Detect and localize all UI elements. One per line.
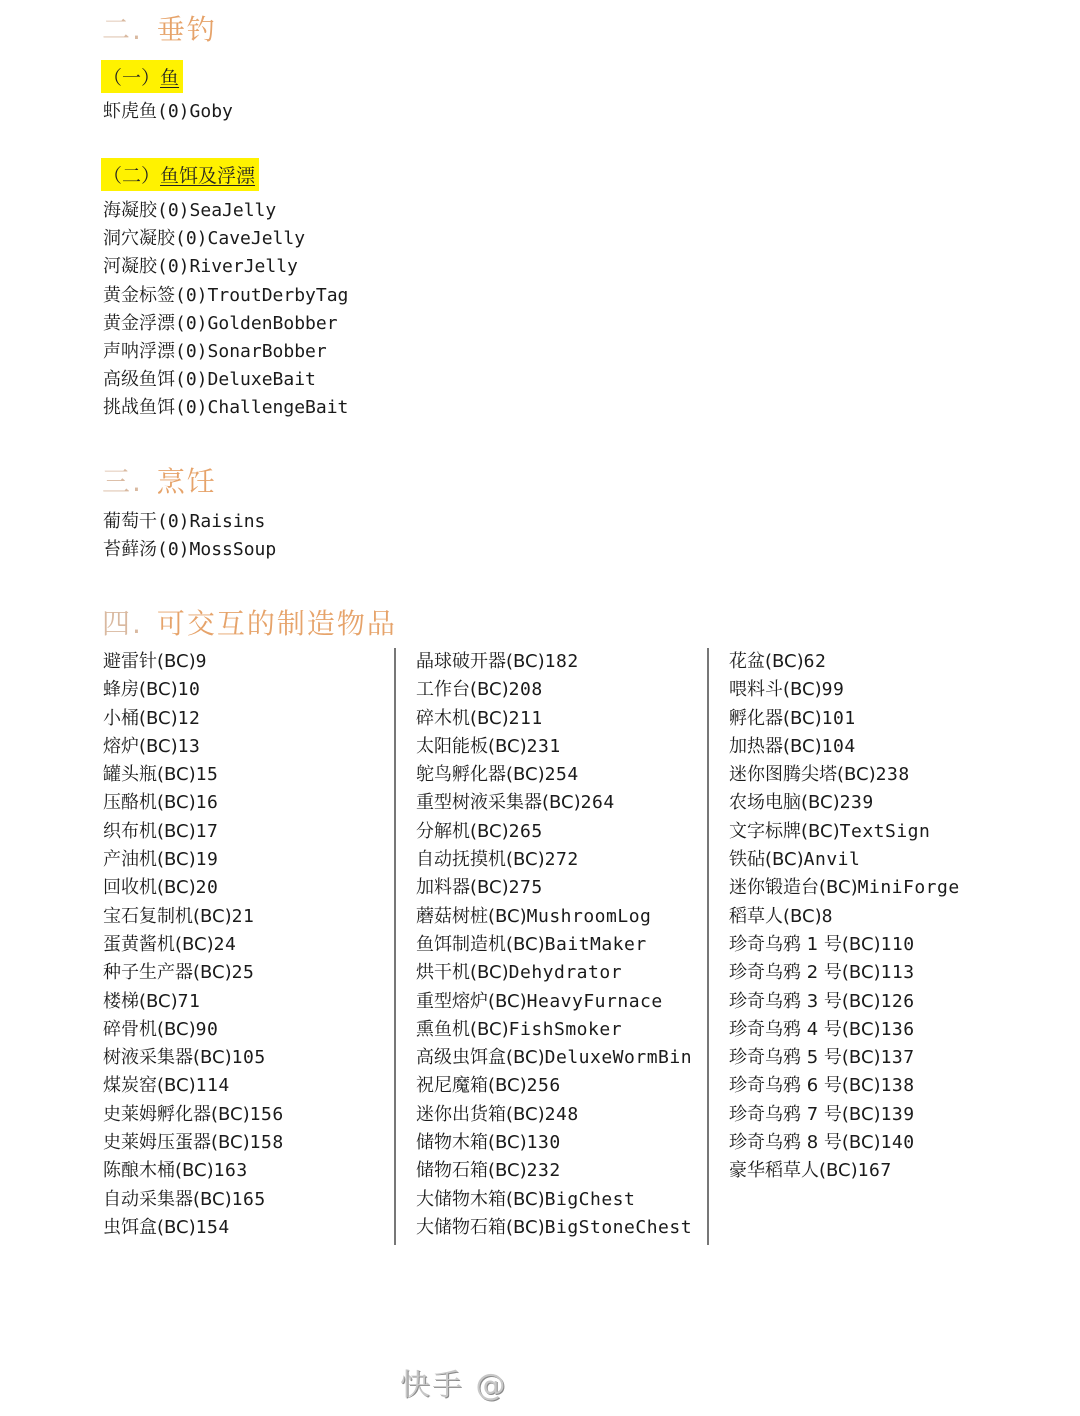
item-chinese-name: 珍奇乌鸦 4 号 (729, 1019, 842, 1040)
list-item: 铁砧(BC)Anvil (729, 846, 960, 874)
item-chinese-name: 熔炉 (103, 736, 139, 757)
list-item: 重型树液采集器(BC)264 (416, 789, 692, 817)
item-category-code: (BC) (157, 1019, 196, 1040)
list-item: 喂料斗(BC)99 (729, 676, 960, 704)
section-number: 四. (102, 607, 143, 640)
list-item: 储物木箱(BC)130 (416, 1129, 692, 1157)
item-category-code: (0) (157, 256, 190, 277)
item-category-code: (BC) (506, 1217, 545, 1238)
item-chinese-name: 高级虫饵盒 (416, 1047, 506, 1068)
list-item: 迷你出货箱(BC)248 (416, 1101, 692, 1129)
item-id: 158 (250, 1132, 284, 1153)
item-id: 256 (527, 1075, 561, 1096)
item-id: 10 (178, 679, 201, 700)
item-id: Dehydrator (509, 962, 622, 983)
item-category-code: (BC) (765, 849, 804, 870)
item-id: 110 (881, 934, 915, 955)
item-category-code: (0) (175, 285, 208, 306)
item-id: 231 (527, 736, 561, 757)
item-id: 238 (876, 764, 910, 785)
item-id: DeluxeBait (208, 369, 316, 390)
list-item: 苔藓汤(0)MossSoup (103, 536, 276, 564)
item-chinese-name: 稻草人 (729, 906, 783, 927)
item-chinese-name: 楼梯 (103, 991, 139, 1012)
item-id: 20 (196, 877, 219, 898)
list-item: 自动抚摸机(BC)272 (416, 846, 692, 874)
item-chinese-name: 史莱姆压蛋器 (103, 1132, 211, 1153)
item-chinese-name: 豪华稻草人 (729, 1160, 819, 1181)
item-chinese-name: 农场电脑 (729, 792, 801, 813)
item-category-code: (BC) (139, 991, 178, 1012)
item-id: 165 (232, 1189, 266, 1210)
item-id: 104 (822, 736, 856, 757)
item-id: 99 (822, 679, 845, 700)
item-category-code: (BC) (506, 651, 545, 672)
item-category-code: (BC) (783, 708, 822, 729)
item-chinese-name: 黄金标签 (103, 285, 175, 306)
item-chinese-name: 碎木机 (416, 708, 470, 729)
list-item: 孵化器(BC)101 (729, 705, 960, 733)
item-id: MushroomLog (527, 906, 652, 927)
item-chinese-name: 小桶 (103, 708, 139, 729)
item-category-code: (BC) (488, 1132, 527, 1153)
item-chinese-name: 大储物木箱 (416, 1189, 506, 1210)
item-id: RiverJelly (190, 256, 298, 277)
item-category-code: (BC) (211, 1132, 250, 1153)
item-category-code: (BC) (157, 1217, 196, 1238)
bait-list: 海凝胶(0)SeaJelly洞穴凝胶(0)CaveJelly河凝胶(0)Rive… (103, 197, 348, 423)
item-category-code: (0) (175, 341, 208, 362)
item-chinese-name: 自动抚摸机 (416, 849, 506, 870)
item-category-code: (BC) (842, 991, 881, 1012)
item-category-code: (BC) (157, 651, 196, 672)
item-id: TextSign (840, 821, 931, 842)
item-category-code: (BC) (470, 708, 509, 729)
item-category-code: (0) (175, 313, 208, 334)
item-id: 19 (196, 849, 219, 870)
item-chinese-name: 文字标牌 (729, 821, 801, 842)
item-chinese-name: 回收机 (103, 877, 157, 898)
section-heading-crafted-items: 四.可交互的制造物品 (102, 602, 397, 642)
item-chinese-name: 河凝胶 (103, 256, 157, 277)
subheading-bait: （二）鱼饵及浮漂 (101, 158, 259, 191)
item-category-code: (BC) (783, 736, 822, 757)
item-category-code: (0) (157, 511, 190, 532)
item-chinese-name: 虫饵盒 (103, 1217, 157, 1238)
list-item: 大储物石箱(BC)BigStoneChest (416, 1214, 692, 1242)
item-chinese-name: 洞穴凝胶 (103, 228, 175, 249)
item-id: 137 (881, 1047, 915, 1068)
list-item: 种子生产器(BC)25 (103, 959, 284, 987)
item-id: SonarBobber (208, 341, 327, 362)
item-id: ChallengeBait (208, 397, 349, 418)
column-divider (707, 648, 709, 1245)
crafted-column-2: 晶球破开器(BC)182工作台(BC)208碎木机(BC)211太阳能板(BC)… (416, 648, 692, 1242)
item-id: 25 (232, 962, 255, 983)
item-category-code: (BC) (488, 1075, 527, 1096)
list-item: 楼梯(BC)71 (103, 988, 284, 1016)
item-id: BigChest (545, 1189, 636, 1210)
item-id: 101 (822, 708, 856, 729)
item-chinese-name: 工作台 (416, 679, 470, 700)
item-id: 248 (545, 1104, 579, 1125)
item-category-code: (BC) (506, 849, 545, 870)
item-category-code: (BC) (193, 1189, 232, 1210)
item-category-code: (BC) (783, 679, 822, 700)
item-chinese-name: 史莱姆孵化器 (103, 1104, 211, 1125)
section-number: 三. (102, 465, 143, 498)
section-heading-cooking: 三.烹饪 (102, 460, 217, 500)
cooking-list: 葡萄干(0)Raisins苔藓汤(0)MossSoup (103, 508, 276, 564)
list-item: 烘干机(BC)Dehydrator (416, 959, 692, 987)
item-id: DeluxeWormBin (545, 1047, 692, 1068)
item-id: 8 (822, 906, 833, 927)
item-category-code: (BC) (819, 877, 858, 898)
list-item: 珍奇乌鸦 6 号(BC)138 (729, 1072, 960, 1100)
list-item: 珍奇乌鸦 8 号(BC)140 (729, 1129, 960, 1157)
item-chinese-name: 罐头瓶 (103, 764, 157, 785)
list-item: 避雷针(BC)9 (103, 648, 284, 676)
list-item: 葡萄干(0)Raisins (103, 508, 276, 536)
list-item: 小桶(BC)12 (103, 705, 284, 733)
item-chinese-name: 陈酿木桶 (103, 1160, 175, 1181)
item-chinese-name: 铁砧 (729, 849, 765, 870)
item-category-code: (BC) (157, 877, 196, 898)
item-category-code: (BC) (842, 934, 881, 955)
list-item: 罐头瓶(BC)15 (103, 761, 284, 789)
item-id: 239 (840, 792, 874, 813)
item-chinese-name: 宝石复制机 (103, 906, 193, 927)
item-id: 265 (509, 821, 543, 842)
item-category-code: (BC) (488, 736, 527, 757)
item-id: 114 (196, 1075, 230, 1096)
item-chinese-name: 树液采集器 (103, 1047, 193, 1068)
item-id: 13 (178, 736, 201, 757)
item-chinese-name: 蘑菇树桩 (416, 906, 488, 927)
item-id: TroutDerbyTag (208, 285, 349, 306)
item-chinese-name: 苔藓汤 (103, 539, 157, 560)
item-category-code: (BC) (783, 906, 822, 927)
item-id: 254 (545, 764, 579, 785)
item-category-code: (BC) (157, 792, 196, 813)
item-id: 138 (881, 1075, 915, 1096)
item-chinese-name: 珍奇乌鸦 1 号 (729, 934, 842, 955)
item-chinese-name: 迷你出货箱 (416, 1104, 506, 1125)
list-item: 蛋黄酱机(BC)24 (103, 931, 284, 959)
list-item: 加热器(BC)104 (729, 733, 960, 761)
list-item: 洞穴凝胶(0)CaveJelly (103, 225, 348, 253)
item-category-code: (BC) (842, 1075, 881, 1096)
item-id: 154 (196, 1217, 230, 1238)
list-item: 史莱姆压蛋器(BC)158 (103, 1129, 284, 1157)
item-category-code: (BC) (842, 1132, 881, 1153)
list-item: 文字标牌(BC)TextSign (729, 818, 960, 846)
item-id: 275 (509, 877, 543, 898)
list-item: 蜂房(BC)10 (103, 676, 284, 704)
subheading-title: 鱼饵及浮漂 (160, 165, 255, 187)
column-divider (394, 648, 396, 1245)
item-id: SeaJelly (190, 200, 277, 221)
item-id: 272 (545, 849, 579, 870)
item-chinese-name: 声呐浮漂 (103, 341, 175, 362)
item-category-code: (0) (157, 101, 190, 122)
list-item: 煤炭窑(BC)114 (103, 1072, 284, 1100)
list-item: 高级鱼饵(0)DeluxeBait (103, 366, 348, 394)
item-chinese-name: 太阳能板 (416, 736, 488, 757)
list-item: 珍奇乌鸦 4 号(BC)136 (729, 1016, 960, 1044)
item-id: 15 (196, 764, 219, 785)
item-category-code: (BC) (542, 792, 581, 813)
list-item: 迷你图腾尖塔(BC)238 (729, 761, 960, 789)
list-item: 大储物木箱(BC)BigChest (416, 1186, 692, 1214)
list-item: 珍奇乌鸦 7 号(BC)139 (729, 1101, 960, 1129)
item-chinese-name: 高级鱼饵 (103, 369, 175, 390)
item-category-code: (BC) (470, 821, 509, 842)
item-category-code: (0) (175, 228, 208, 249)
item-id: 211 (509, 708, 543, 729)
item-id: 208 (509, 679, 543, 700)
item-chinese-name: 重型熔炉 (416, 991, 488, 1012)
item-chinese-name: 蛋黄酱机 (103, 934, 175, 955)
item-id: HeavyFurnace (527, 991, 663, 1012)
item-category-code: (BC) (139, 679, 178, 700)
list-item: 宝石复制机(BC)21 (103, 903, 284, 931)
item-category-code: (BC) (470, 679, 509, 700)
item-id: 62 (804, 651, 827, 672)
item-id: MiniForge (858, 877, 960, 898)
item-id: 130 (527, 1132, 561, 1153)
item-chinese-name: 产油机 (103, 849, 157, 870)
item-chinese-name: 织布机 (103, 821, 157, 842)
item-id: BigStoneChest (545, 1217, 692, 1238)
item-category-code: (BC) (211, 1104, 250, 1125)
item-id: 71 (178, 991, 201, 1012)
item-id: 136 (881, 1019, 915, 1040)
item-category-code: (0) (175, 369, 208, 390)
item-chinese-name: 压酪机 (103, 792, 157, 813)
item-chinese-name: 珍奇乌鸦 5 号 (729, 1047, 842, 1068)
item-category-code: (BC) (842, 1104, 881, 1125)
list-item: 蘑菇树桩(BC)MushroomLog (416, 903, 692, 931)
list-item: 珍奇乌鸦 1 号(BC)110 (729, 931, 960, 959)
item-category-code: (BC) (837, 764, 876, 785)
item-chinese-name: 煤炭窑 (103, 1075, 157, 1096)
item-id: 126 (881, 991, 915, 1012)
item-category-code: (BC) (488, 906, 527, 927)
watermark: 快手 @ (400, 1360, 508, 1404)
item-chinese-name: 加热器 (729, 736, 783, 757)
item-id: 24 (214, 934, 237, 955)
section-number: 二. (102, 13, 143, 46)
item-category-code: (BC) (470, 877, 509, 898)
item-chinese-name: 珍奇乌鸦 2 号 (729, 962, 842, 983)
item-id: 232 (527, 1160, 561, 1181)
list-item: 虫饵盒(BC)154 (103, 1214, 284, 1242)
item-id: 182 (545, 651, 579, 672)
item-category-code: (BC) (157, 1075, 196, 1096)
item-chinese-name: 烘干机 (416, 962, 470, 983)
item-chinese-name: 珍奇乌鸦 7 号 (729, 1104, 842, 1125)
item-chinese-name: 黄金浮漂 (103, 313, 175, 334)
section-title: 可交互的制造物品 (157, 607, 397, 640)
item-category-code: (BC) (842, 1019, 881, 1040)
list-item: 挑战鱼饵(0)ChallengeBait (103, 394, 348, 422)
item-id: 9 (196, 651, 207, 672)
list-item: 高级虫饵盒(BC)DeluxeWormBin (416, 1044, 692, 1072)
list-item: 工作台(BC)208 (416, 676, 692, 704)
list-item: 河凝胶(0)RiverJelly (103, 253, 348, 281)
item-chinese-name: 碎骨机 (103, 1019, 157, 1040)
section-heading-fishing: 二.垂钓 (102, 8, 217, 48)
list-item: 鱼饵制造机(BC)BaitMaker (416, 931, 692, 959)
item-chinese-name: 海凝胶 (103, 200, 157, 221)
list-item: 珍奇乌鸦 3 号(BC)126 (729, 988, 960, 1016)
item-category-code: (BC) (175, 934, 214, 955)
item-chinese-name: 晶球破开器 (416, 651, 506, 672)
subheading-fish: （一）鱼 (101, 60, 183, 93)
item-category-code: (0) (175, 397, 208, 418)
item-category-code: (BC) (819, 1160, 858, 1181)
item-id: 17 (196, 821, 219, 842)
item-id: 21 (232, 906, 255, 927)
list-item: 花盆(BC)62 (729, 648, 960, 676)
item-id: 139 (881, 1104, 915, 1125)
list-item: 虾虎鱼(0)Goby (103, 98, 233, 126)
item-category-code: (0) (157, 539, 190, 560)
item-chinese-name: 种子生产器 (103, 962, 193, 983)
item-chinese-name: 喂料斗 (729, 679, 783, 700)
item-chinese-name: 虾虎鱼 (103, 101, 157, 122)
list-item: 稻草人(BC)8 (729, 903, 960, 931)
item-chinese-name: 加料器 (416, 877, 470, 898)
item-category-code: (BC) (842, 962, 881, 983)
list-item: 海凝胶(0)SeaJelly (103, 197, 348, 225)
list-item: 产油机(BC)19 (103, 846, 284, 874)
item-category-code: (BC) (801, 821, 840, 842)
item-chinese-name: 熏鱼机 (416, 1019, 470, 1040)
list-item: 豪华稻草人(BC)167 (729, 1157, 960, 1185)
list-item: 自动采集器(BC)165 (103, 1186, 284, 1214)
list-item: 加料器(BC)275 (416, 874, 692, 902)
item-chinese-name: 珍奇乌鸦 8 号 (729, 1132, 842, 1153)
item-chinese-name: 花盆 (729, 651, 765, 672)
list-item: 碎骨机(BC)90 (103, 1016, 284, 1044)
item-chinese-name: 迷你锻造台 (729, 877, 819, 898)
list-item: 树液采集器(BC)105 (103, 1044, 284, 1072)
list-item: 压酪机(BC)16 (103, 789, 284, 817)
item-category-code: (BC) (193, 1047, 232, 1068)
item-chinese-name: 蜂房 (103, 679, 139, 700)
crafted-column-1: 避雷针(BC)9蜂房(BC)10小桶(BC)12熔炉(BC)13罐头瓶(BC)1… (103, 648, 284, 1242)
item-chinese-name: 孵化器 (729, 708, 783, 729)
item-category-code: (BC) (506, 1047, 545, 1068)
item-category-code: (BC) (193, 906, 232, 927)
item-category-code: (BC) (506, 764, 545, 785)
item-category-code: (BC) (175, 1160, 214, 1181)
item-category-code: (BC) (506, 934, 545, 955)
list-item: 碎木机(BC)211 (416, 705, 692, 733)
item-id: 264 (581, 792, 615, 813)
list-item: 熏鱼机(BC)FishSmoker (416, 1016, 692, 1044)
list-item: 织布机(BC)17 (103, 818, 284, 846)
list-item: 珍奇乌鸦 5 号(BC)137 (729, 1044, 960, 1072)
item-chinese-name: 鸵鸟孵化器 (416, 764, 506, 785)
crafted-column-3: 花盆(BC)62喂料斗(BC)99孵化器(BC)101加热器(BC)104迷你图… (729, 648, 960, 1186)
item-category-code: (BC) (506, 1189, 545, 1210)
list-item: 回收机(BC)20 (103, 874, 284, 902)
item-category-code: (BC) (488, 1160, 527, 1181)
item-id: 16 (196, 792, 219, 813)
item-id: 113 (881, 962, 915, 983)
item-chinese-name: 迷你图腾尖塔 (729, 764, 837, 785)
item-chinese-name: 分解机 (416, 821, 470, 842)
item-id: MossSoup (190, 539, 277, 560)
list-item: 熔炉(BC)13 (103, 733, 284, 761)
item-id: 105 (232, 1047, 266, 1068)
item-id: 167 (858, 1160, 892, 1181)
item-category-code: (BC) (157, 764, 196, 785)
subheading-prefix: （一） (103, 67, 160, 89)
item-id: 156 (250, 1104, 284, 1125)
item-id: BaitMaker (545, 934, 647, 955)
item-category-code: (BC) (506, 1104, 545, 1125)
section-title: 烹饪 (157, 465, 217, 498)
list-item: 太阳能板(BC)231 (416, 733, 692, 761)
item-category-code: (BC) (842, 1047, 881, 1068)
item-category-code: (BC) (193, 962, 232, 983)
item-id: CaveJelly (208, 228, 306, 249)
item-id: GoldenBobber (208, 313, 338, 334)
list-item: 农场电脑(BC)239 (729, 789, 960, 817)
item-id: Anvil (804, 849, 861, 870)
item-chinese-name: 储物木箱 (416, 1132, 488, 1153)
item-chinese-name: 大储物石箱 (416, 1217, 506, 1238)
list-item: 祝尼魔箱(BC)256 (416, 1072, 692, 1100)
list-item: 重型熔炉(BC)HeavyFurnace (416, 988, 692, 1016)
item-id: 140 (881, 1132, 915, 1153)
item-category-code: (BC) (765, 651, 804, 672)
item-id: 12 (178, 708, 201, 729)
item-chinese-name: 自动采集器 (103, 1189, 193, 1210)
list-item: 分解机(BC)265 (416, 818, 692, 846)
item-id: Raisins (190, 511, 266, 532)
subheading-prefix: （二） (103, 165, 160, 187)
item-category-code: (BC) (157, 821, 196, 842)
item-id: Goby (190, 101, 233, 122)
item-category-code: (BC) (157, 849, 196, 870)
item-id: FishSmoker (509, 1019, 622, 1040)
item-category-code: (BC) (139, 708, 178, 729)
list-item: 迷你锻造台(BC)MiniForge (729, 874, 960, 902)
item-chinese-name: 挑战鱼饵 (103, 397, 175, 418)
item-category-code: (BC) (801, 792, 840, 813)
list-item: 黄金标签(0)TroutDerbyTag (103, 282, 348, 310)
item-chinese-name: 避雷针 (103, 651, 157, 672)
item-chinese-name: 珍奇乌鸦 3 号 (729, 991, 842, 1012)
item-id: 90 (196, 1019, 219, 1040)
list-item: 珍奇乌鸦 2 号(BC)113 (729, 959, 960, 987)
item-id: 163 (214, 1160, 248, 1181)
item-chinese-name: 珍奇乌鸦 6 号 (729, 1075, 842, 1096)
list-item: 晶球破开器(BC)182 (416, 648, 692, 676)
item-chinese-name: 葡萄干 (103, 511, 157, 532)
item-category-code: (BC) (139, 736, 178, 757)
item-category-code: (BC) (470, 962, 509, 983)
list-item: 黄金浮漂(0)GoldenBobber (103, 310, 348, 338)
section-title: 垂钓 (157, 13, 217, 46)
list-item: 史莱姆孵化器(BC)156 (103, 1101, 284, 1129)
item-chinese-name: 祝尼魔箱 (416, 1075, 488, 1096)
